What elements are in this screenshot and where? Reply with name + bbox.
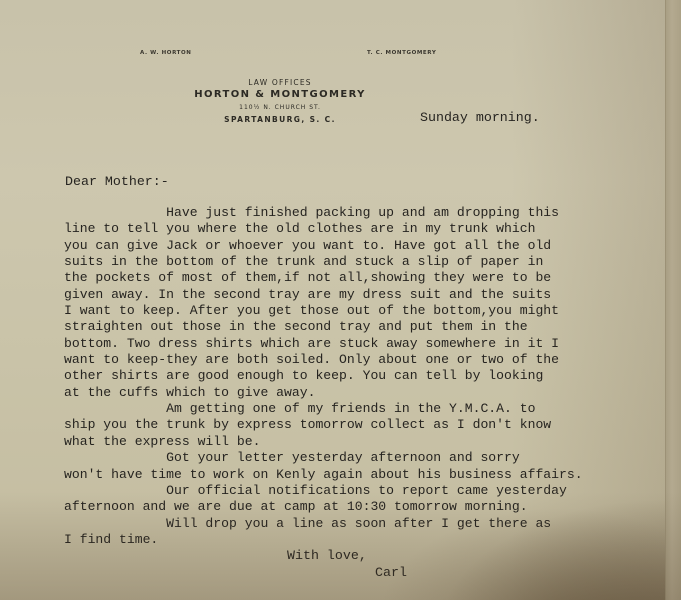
letterhead: LAW OFFICES HORTON & MONTGOMERY 110½ N. … [195,77,365,126]
body-line: ship you the trunk by express tomorrow c… [64,417,583,433]
body-line: at the cuffs which to give away. [64,385,583,401]
body-line: bottom. Two dress shirts which are stuck… [64,336,583,352]
body-line: what the express will be. [64,434,583,450]
signature: Carl [375,565,407,580]
body-line: won't have time to work on Kenly again a… [64,467,583,483]
body-line: Have just finished packing up and am dro… [64,205,583,221]
body-line: the pockets of most of them,if not all,s… [64,270,583,286]
body-line: I want to keep. After you get those out … [64,303,583,319]
letter-body: Have just finished packing up and am dro… [64,205,583,548]
body-line: you can give Jack or whoever you want to… [64,238,583,254]
letterhead-partner-right: T. C. MONTGOMERY [367,50,436,56]
body-line: want to keep-they are both soiled. Only … [64,352,583,368]
closing: With love, [287,548,367,563]
body-line: I find time. [64,532,583,548]
body-line: Will drop you a line as soon after I get… [64,516,583,532]
letterhead-city: SPARTANBURG, S. C. [195,114,365,126]
salutation: Dear Mother:- [65,174,169,189]
letter-photograph: A. W. HORTON T. C. MONTGOMERY LAW OFFICE… [0,0,681,600]
next-page-edge [665,0,681,600]
body-line: afternoon and we are due at camp at 10:3… [64,499,583,515]
body-line: given away. In the second tray are my dr… [64,287,583,303]
body-line: Got your letter yesterday afternoon and … [64,450,583,466]
body-line: other shirts are good enough to keep. Yo… [64,368,583,384]
letterhead-street: 110½ N. CHURCH ST. [195,101,365,114]
letterhead-heading: LAW OFFICES [195,77,365,88]
body-line: straighten out those in the second tray … [64,319,583,335]
letterhead-partner-left: A. W. HORTON [140,50,191,56]
body-line: line to tell you where the old clothes a… [64,221,583,237]
body-line: Our official notifications to report cam… [64,483,583,499]
letterhead-firm-name: HORTON & MONTGOMERY [185,88,375,101]
body-line: suits in the bottom of the trunk and stu… [64,254,583,270]
body-line: Am getting one of my friends in the Y.M.… [64,401,583,417]
date-line: Sunday morning. [420,110,540,125]
